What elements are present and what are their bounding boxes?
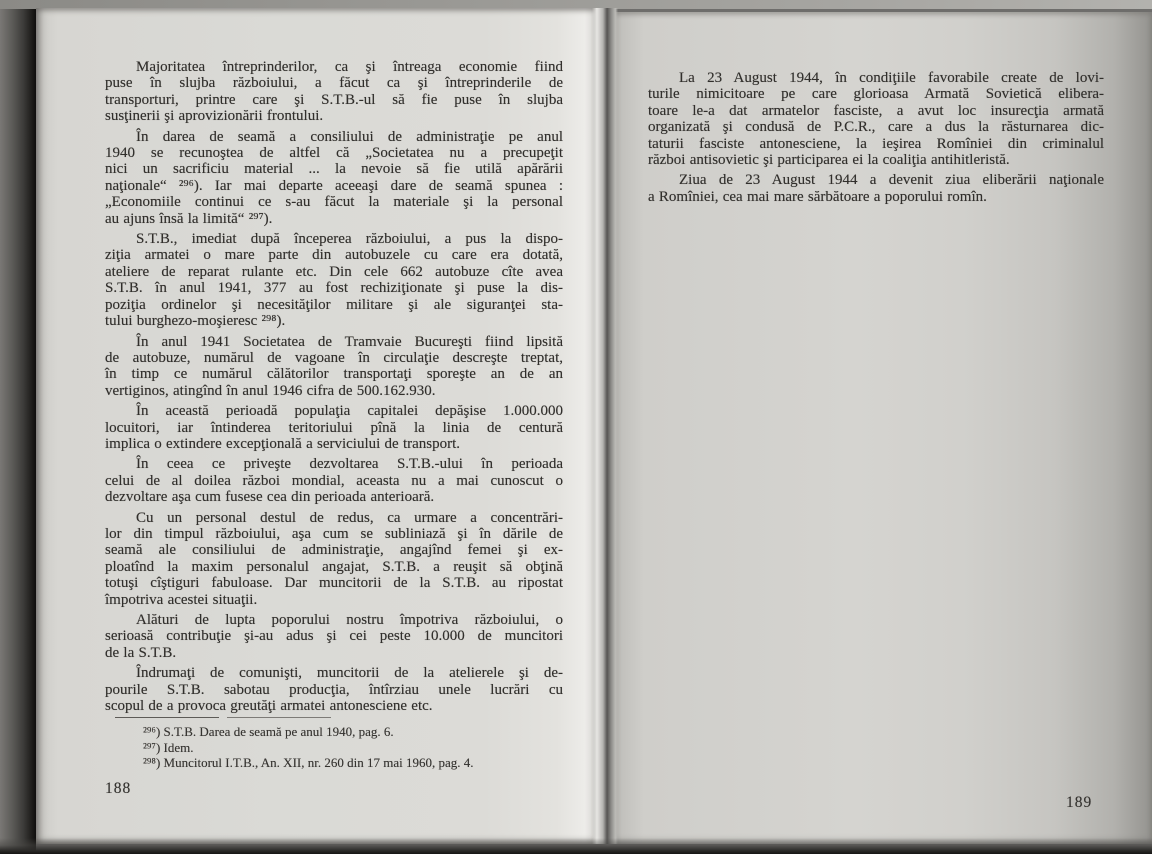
book-scan: Majoritatea întreprinderilor, ca şi într… (0, 0, 1152, 854)
text-line: În ceea ce priveşte dezvoltarea S.T.B.-u… (105, 456, 563, 472)
text-line: 1940 se recunoştea de altfel că „Societa… (105, 145, 563, 161)
text-line: În anul 1941 Societatea de Tramvaie Bucu… (105, 334, 563, 350)
text-line: a Romîniei, cea mai mare sărbătoare a po… (648, 189, 1104, 205)
text-line: organizată şi condusă de P.C.R., care a … (648, 119, 1104, 135)
text-line: S.T.B. în anul 1941, 377 au fost rechizi… (105, 280, 563, 296)
text-line: scopul de a provoca greutăţi armatei ant… (105, 698, 563, 714)
text-line: La 23 August 1944, în condiţiile favorab… (648, 70, 1104, 86)
text-line: taturii fasciste antonesciene, la ieşire… (648, 136, 1104, 152)
page-number-right: 189 (1066, 794, 1092, 812)
text-line: Alături de lupta poporului nostru împotr… (105, 612, 563, 628)
text-line: în timp ce numărul călătorilor transport… (105, 366, 563, 382)
text-line: nici un sacrificiu material ... la nevoi… (105, 161, 563, 177)
text-line: totuşi cîştiguri fabuloase. Dar muncitor… (105, 575, 563, 591)
text-line: naţionale“ ²⁹⁶). Iar mai departe aceeaşi… (105, 178, 563, 194)
text-line: dezvoltare aşa cum fusese cea din perioa… (105, 489, 563, 505)
text-line: împotriva acestei situaţii. (105, 592, 563, 608)
page-left: Majoritatea întreprinderilor, ca şi într… (36, 8, 596, 844)
page-right: La 23 August 1944, în condiţiile favorab… (610, 12, 1152, 844)
paragraph: În această perioadă populaţia capitalei … (105, 403, 563, 452)
paragraph: În anul 1941 Societatea de Tramvaie Bucu… (105, 334, 563, 400)
text-line: vertiginos, atingînd în anul 1946 cifra … (105, 383, 563, 399)
text-line: de la S.T.B. (105, 645, 563, 661)
book-gutter (592, 8, 618, 844)
text-line: puse în slujba războiului, a făcut ca şi… (105, 75, 563, 91)
text-line: ploatînd la maxim personalul angajat, S.… (105, 559, 563, 575)
paragraph: Ziua de 23 August 1944 a devenit ziua el… (648, 172, 1104, 205)
text-line: turile nimicitoare pe care glorioasa Arm… (648, 86, 1104, 102)
text-line: de autobuze, numărul de vagoane în circu… (105, 350, 563, 366)
page-number-left: 188 (105, 780, 131, 798)
text-line: În această perioadă populaţia capitalei … (105, 403, 563, 419)
text-line: război antisovietic şi participarea ei l… (648, 152, 1104, 168)
text-line: Majoritatea întreprinderilor, ca şi într… (105, 59, 563, 75)
text-line: poziţia ordinelor şi necesităţilor milit… (105, 297, 563, 313)
paragraph: Majoritatea întreprinderilor, ca şi într… (105, 59, 563, 125)
text-line: susţinerii şi aprovizionării frontului. (105, 108, 563, 124)
text-line: implica o extindere excepţională a servi… (105, 436, 563, 452)
right-page-text: La 23 August 1944, în condiţiile favorab… (648, 70, 1104, 209)
text-line: ziţia armatei o mare parte din autobuzel… (105, 247, 563, 263)
text-line: Îndrumaţi de comunişti, muncitorii de la… (105, 665, 563, 681)
text-line: Cu un personal destul de redus, ca urmar… (105, 510, 563, 526)
footnote: ²⁹⁸) Muncitorul I.T.B., An. XII, nr. 260… (105, 755, 575, 771)
text-line: celui de al doilea război mondial, aceas… (105, 473, 563, 489)
footnote: ²⁹⁷) Idem. (105, 740, 575, 756)
text-line: lor din timpul războiului, aşa cum se su… (105, 526, 563, 542)
text-line: pourile S.T.B. sabotau producţia, întîrz… (105, 682, 563, 698)
text-line: transporturi, printre care şi S.T.B.-ul … (105, 92, 563, 108)
scan-bottom-edge (0, 838, 1152, 854)
text-line: locuitori, iar întinderea teritoriului p… (105, 420, 563, 436)
text-line: Ziua de 23 August 1944 a devenit ziua el… (648, 172, 1104, 188)
paragraph: În darea de seamă a consiliului de admin… (105, 129, 563, 227)
paragraph: S.T.B., imediat după începerea războiulu… (105, 231, 563, 329)
text-line: tului burghezo-moşieresc ²⁹⁸). (105, 313, 563, 329)
text-line: seamă ale consiliului de administraţie, … (105, 542, 563, 558)
book-left-edge (0, 0, 36, 854)
paragraph: Alături de lupta poporului nostru împotr… (105, 612, 563, 661)
text-line: toare le-a dat armatelor fasciste, a avu… (648, 103, 1104, 119)
paragraph: Îndrumaţi de comunişti, muncitorii de la… (105, 665, 563, 714)
text-line: ateliere de reparat rulante etc. Din cel… (105, 264, 563, 280)
footnote: ²⁹⁶) S.T.B. Darea de seamă pe anul 1940,… (105, 724, 575, 740)
text-line: „Economiile continui ce s-au făcut la ma… (105, 194, 563, 210)
paragraph: La 23 August 1944, în condiţiile favorab… (648, 70, 1104, 168)
text-line: serioasă contribuţie şi-au adus şi cei p… (105, 628, 563, 644)
paragraph: Cu un personal destul de redus, ca urmar… (105, 510, 563, 608)
footnote-separator (115, 717, 219, 718)
text-line: În darea de seamă a consiliului de admin… (105, 129, 563, 145)
text-line: au ajuns însă la limită“ ²⁹⁷). (105, 211, 563, 227)
text-line: S.T.B., imediat după începerea războiulu… (105, 231, 563, 247)
footnotes: ²⁹⁶) S.T.B. Darea de seamă pe anul 1940,… (105, 724, 575, 771)
paragraph: În ceea ce priveşte dezvoltarea S.T.B.-u… (105, 456, 563, 505)
left-page-text: Majoritatea întreprinderilor, ca şi într… (105, 59, 563, 718)
